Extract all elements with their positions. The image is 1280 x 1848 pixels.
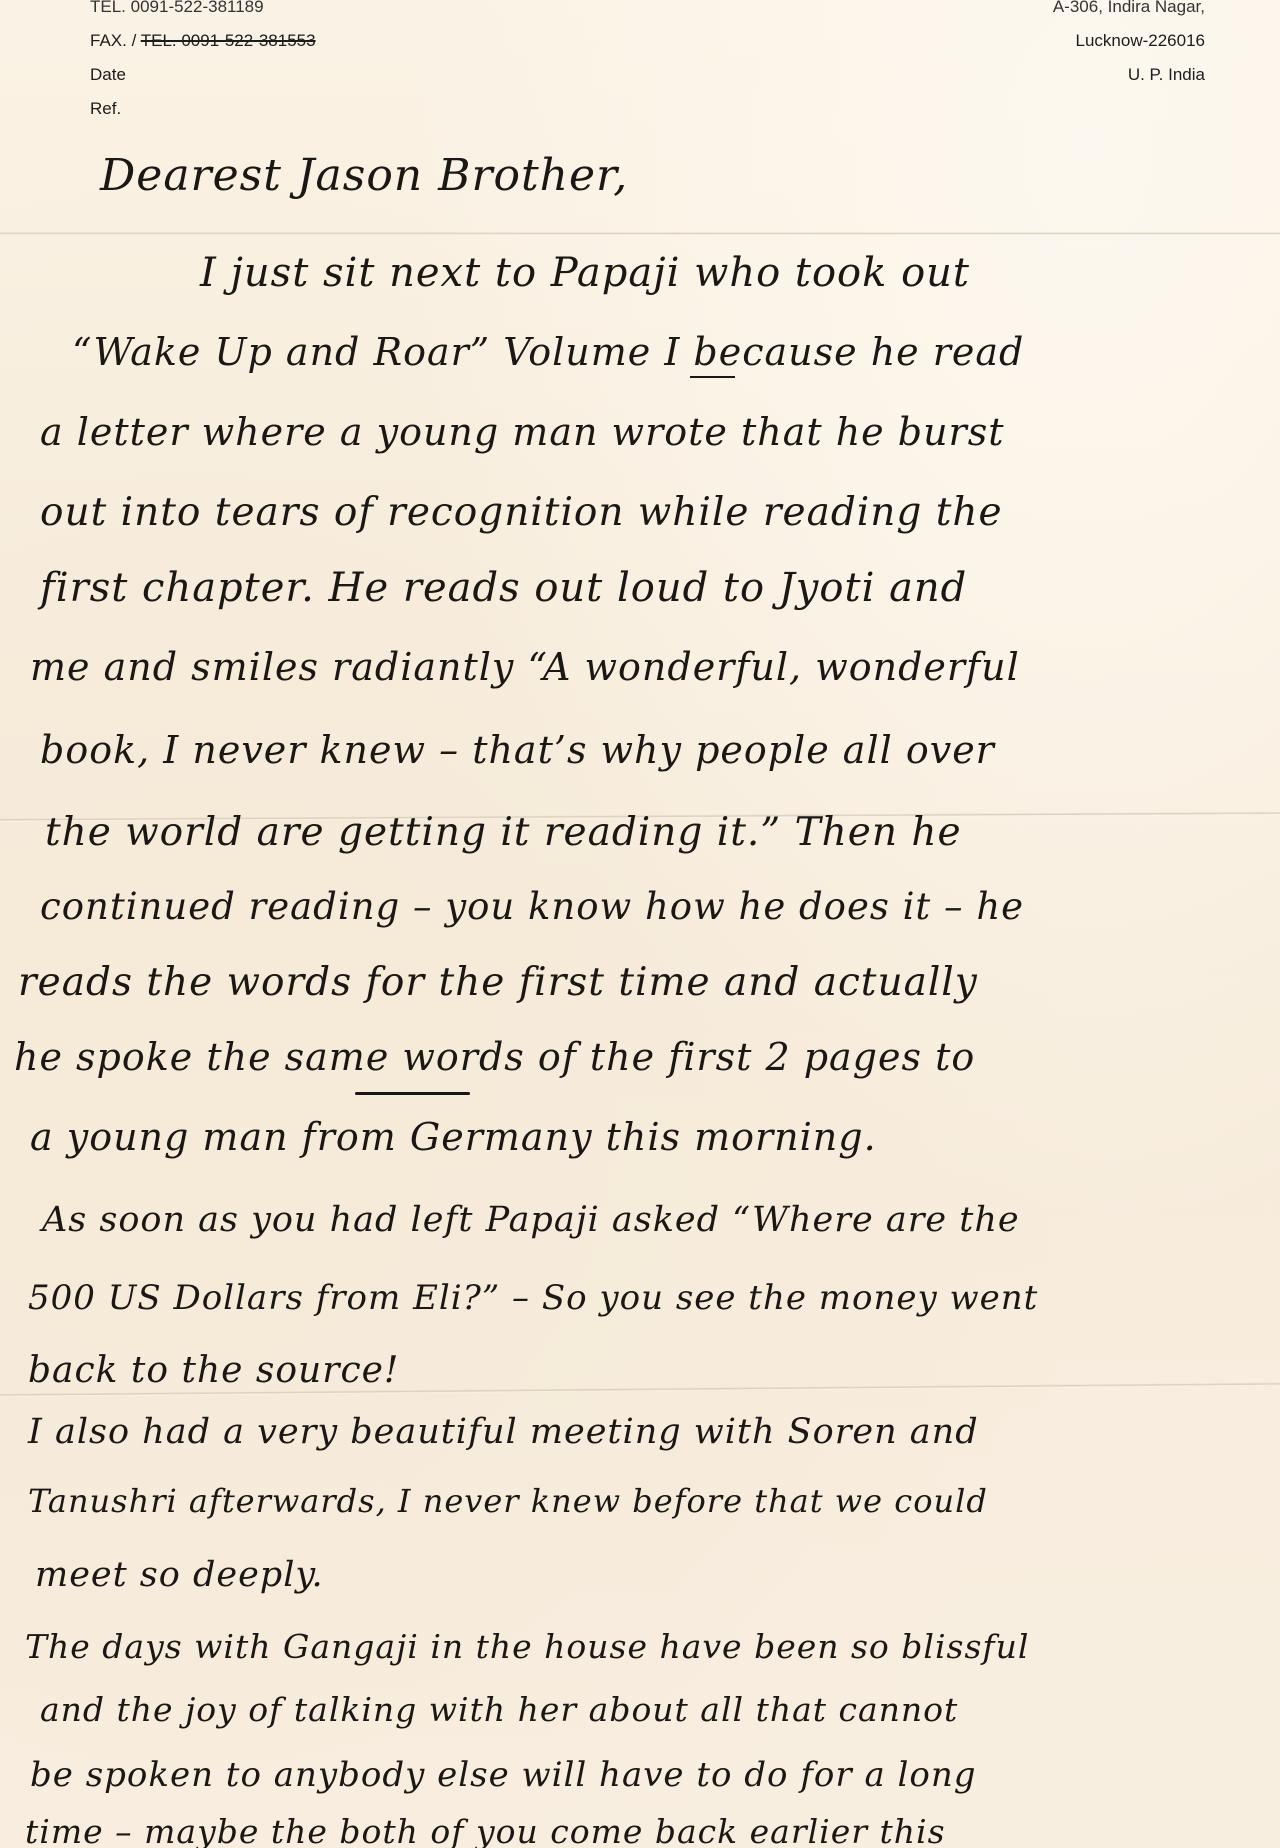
letter-line: be spoken to anybody else will have to d… [30,1755,977,1795]
letter-line: meet so deeply. [35,1555,324,1595]
salutation: Dearest Jason Brother, [100,150,628,201]
letter-line: me and smiles radiantly “A wonderful, wo… [30,645,1020,689]
letter-line: “Wake Up and Roar” Volume I because he r… [72,330,1024,374]
letter-line: first chapter. He reads out loud to Jyot… [40,565,967,611]
letter-line: The days with Gangaji in the house have … [25,1627,1029,1666]
letter-line: time – maybe the both of you come back e… [25,1812,946,1848]
underline-mark-same [355,1092,470,1095]
letter-line-with-underline: he spoke the same words of the first 2 p… [14,1035,975,1079]
letter-line: a young man from Germany this morning. [30,1115,877,1159]
letter-line: back to the source! [28,1350,399,1391]
underline-mark-volume [690,376,735,378]
letter-line: I also had a very beautiful meeting with… [28,1412,979,1452]
letter-line: the world are getting it reading it.” Th… [45,810,962,855]
letter-line: a letter where a young man wrote that he… [40,410,1004,454]
letter-line: As soon as you had left Papaji asked “Wh… [42,1200,1020,1240]
letter-line: continued reading – you know how he does… [40,885,1024,928]
letter-body: Dearest Jason Brother, I just sit next t… [0,0,1280,1848]
underlined-phrase-line: he spoke the same words of the first 2 p… [14,1035,975,1079]
letter-line: 500 US Dollars from Eli?” – So you see t… [28,1278,1038,1318]
letter-line: I just sit next to Papaji who took out [200,250,970,296]
letter-line: out into tears of recognition while read… [40,490,1003,535]
letter-line: book, I never knew – that’s why people a… [40,728,995,772]
letter-line: reads the words for the first time and a… [18,960,978,1005]
letter-line: and the joy of talking with her about al… [40,1690,958,1729]
letter-line: Tanushri afterwards, I never knew before… [28,1482,988,1520]
